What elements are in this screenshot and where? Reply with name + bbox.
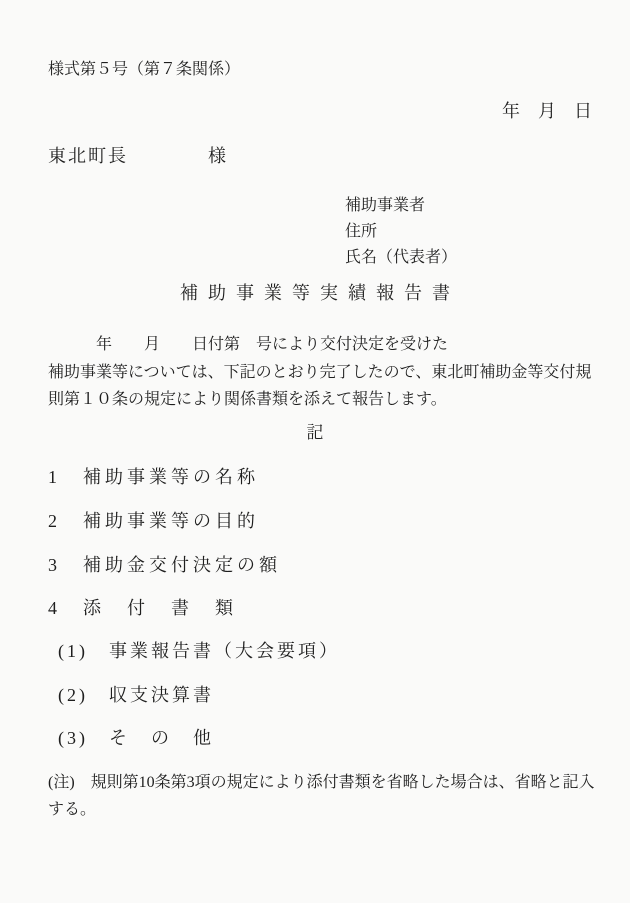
date-line: 年 月 日 xyxy=(502,101,592,121)
sub-item-settlement: (2) 収支決算書 xyxy=(58,685,214,705)
note-line-1: (注) 規則第10条第3項の規定により添付書類を省略した場合は、省略と記入 xyxy=(48,769,596,796)
sub-item-business-report: (1) 事業報告書（大会要項） xyxy=(58,641,340,661)
applicant-block: 補助事業者 住所 氏名（代表者） xyxy=(345,193,457,271)
note-block: (注) 規則第10条第3項の規定により添付書類を省略した場合は、省略と記入 する… xyxy=(48,769,596,823)
note-line-2: する。 xyxy=(48,796,596,823)
list-item-attachments: 4 添 付 書 類 xyxy=(48,598,237,618)
body-line-3: 則第１０条の規定により関係書類を添えて報告します。 xyxy=(48,386,596,414)
form-number: 様式第５号（第７条関係） xyxy=(48,60,240,80)
body-line-2: 補助事業等については、下記のとおり完了したので、東北町補助金等交付規 xyxy=(48,359,596,387)
body-paragraph: 年 月 日付第 号により交付決定を受けた 補助事業等については、下記のとおり完了… xyxy=(48,331,596,414)
list-item-grant-amount: 3 補助金交付決定の額 xyxy=(48,555,281,575)
applicant-address-label: 住所 xyxy=(345,219,457,245)
ki-marker: 記 xyxy=(0,423,630,443)
document-title: 補助事業等実績報告書 xyxy=(0,283,630,303)
applicant-name-label: 氏名（代表者） xyxy=(345,245,457,271)
list-item-project-purpose: 2 補助事業等の目的 xyxy=(48,511,259,531)
list-item-project-name: 1 補助事業等の名称 xyxy=(48,467,259,487)
body-line-date: 年 月 日付第 号により交付決定を受けた xyxy=(48,331,596,359)
sub-item-other: (3) そ の 他 xyxy=(58,728,214,748)
document-page: 様式第５号（第７条関係） 年 月 日 東北町長 様 補助事業者 住所 氏名（代表… xyxy=(0,0,630,903)
applicant-label: 補助事業者 xyxy=(345,193,457,219)
addressee-line: 東北町長 様 xyxy=(48,146,228,166)
